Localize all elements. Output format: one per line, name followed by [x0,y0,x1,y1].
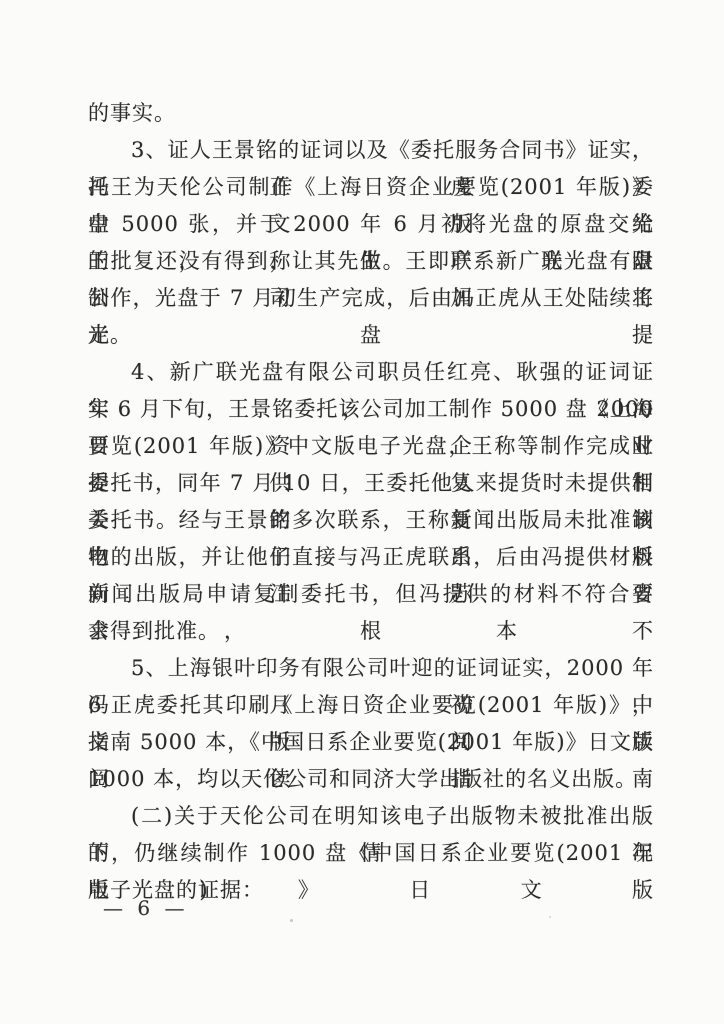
text-line: 冯正虎委托其印刷《上海日资企业要览(2001 年版)》中文版阅读 [88,687,654,724]
text-line: 要览(2001 年版)》中文版电子光盘，王称等制作完成时提供复制 [88,428,654,465]
text-line: 年 6 月下旬，王景铭委托该公司加工制作 5000 盘《上海日资企业 [88,391,654,428]
text-line: 指南 5000 本，《中国日系企业要览(2001 年版)》日文版阅读指南 [88,724,654,761]
document-text-block: 的事实。 3、证人王景铭的证词以及《委托服务合同书》证实，冯正虎委 托王为天伦公… [88,95,654,909]
paragraph: 4、新广联光盘有限公司职员任红亮、耿强的证词证实，2000 年 6 月下旬，王景… [88,354,654,650]
text-line: 委托书，同年 7 月 10 日，王委托他人来提货时未提供相关的复制 [88,465,654,502]
page-number: — 6 — [103,890,188,927]
text-line: 制作，光盘于 7 月初生产完成，后由冯正虎从王处陆续将光盘提 [88,280,654,317]
text-line: 委托书。经与王景铭多次联系，王称新闻出版局未批准该电子出版 [88,502,654,539]
text-line: 的批复还没有得到，让其先做。王即联系新广联光盘有限公司加工 [88,243,654,280]
scan-speck [549,916,551,918]
text-line: 4、新广联光盘有限公司职员任红亮、耿强的证词证实，2000 [88,354,654,391]
text-line: 盘 5000 张，并于 2000 年 6 月初将光盘的原盘交给王，称生产光盘 [88,206,654,243]
text-line: 新闻出版局申请复制委托书，但冯提供的材料不符合要求，根本不 [88,576,654,613]
text-line: (二)关于天伦公司在明知该电子出版物未被批准出版的情况 [88,798,654,835]
text-line: 的事实。 [88,95,654,132]
paragraph: 的事实。 [88,95,654,132]
document-page: 的事实。 3、证人王景铭的证词以及《委托服务合同书》证实，冯正虎委 托王为天伦公… [0,0,724,1024]
paragraph: 5、上海银叶印务有限公司叶迎的证词证实，2000 年 6 月初， 冯正虎委托其印… [88,650,654,798]
text-line: 物的出版，并让他们直接与冯正虎联系，后由冯提供材料向江苏省 [88,539,654,576]
text-line: 下，仍继续制作 1000 盘《中国日系企业要览(2001 年版)》日文版 [88,835,654,872]
text-line: 3、证人王景铭的证词以及《委托服务合同书》证实，冯正虎委 [88,132,654,169]
text-line: 托王为天伦公司制作《上海日资企业要览(2001 年版)》中文版光 [88,169,654,206]
scan-speck [290,919,293,922]
text-line: 1000 本，均以天伦公司和同济大学出版社的名义出版。 [88,761,654,798]
paragraph: 3、证人王景铭的证词以及《委托服务合同书》证实，冯正虎委 托王为天伦公司制作《上… [88,132,654,354]
text-line: 5、上海银叶印务有限公司叶迎的证词证实，2000 年 6 月初， [88,650,654,687]
